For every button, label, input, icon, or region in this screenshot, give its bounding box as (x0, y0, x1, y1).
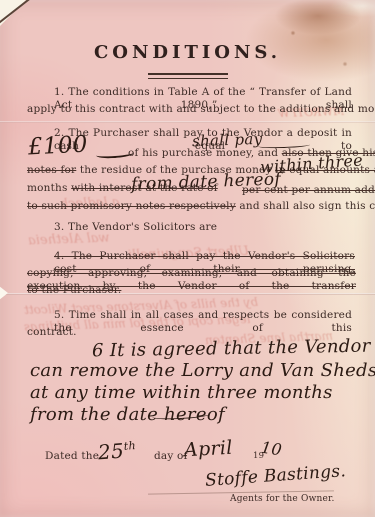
struck-segment: per cent per annum added (242, 184, 375, 197)
clause-5-line-1: 5. Time shall in all cases and respects … (54, 309, 352, 335)
day-of-label: day of (154, 450, 188, 463)
clause-2-line-5: to such promissory notes respectively an… (27, 200, 375, 213)
printed-segment: of his purchase money, and (128, 147, 278, 159)
day-suffix: th (123, 439, 136, 453)
dated-label: Dated the (45, 450, 99, 463)
struck-segment: to the Purchaser. (27, 284, 121, 296)
printed-segment: months (27, 182, 68, 194)
handwritten-month: April (183, 437, 233, 462)
title-rule (148, 73, 228, 79)
handwritten-clause-6-line-3: at any time within three months (30, 382, 333, 403)
signature-role: Agents for the Owner. (230, 494, 335, 505)
handwritten-year: 10 (260, 438, 283, 460)
struck-segment: to such promissory notes respectively (27, 200, 236, 212)
handwritten-day: 25th (97, 438, 137, 465)
clause-1-line-2: apply to this contract with and subject … (27, 103, 375, 116)
horizontal-crease-top (0, 121, 375, 123)
clause-4-line-3: to the Purchaser. (27, 284, 121, 297)
handwritten-clause-6-line-1: 6 It is agreed that the Vendor (92, 336, 371, 362)
clause-3-line-1: 3. The Vendor's Solicitors are (54, 221, 217, 234)
document-page: MWROTI'W a ladlech wal Aletheia Ulbert S… (0, 0, 375, 517)
day-number: 25 (97, 439, 125, 465)
printed-segment: and shall also sign this contract. (239, 200, 375, 212)
clause-5-line-2: contract. (27, 326, 77, 339)
struck-segment: notes for (27, 164, 76, 176)
left-edge-notch (0, 286, 8, 300)
handwritten-clause-6-line-2: can remove the Lorry and Van Sheds (30, 360, 375, 381)
signature-name: Stoffe Bastings. (204, 461, 346, 491)
handwritten-amount: £100 (27, 131, 88, 160)
page-title: CONDITIONS. (0, 42, 375, 63)
